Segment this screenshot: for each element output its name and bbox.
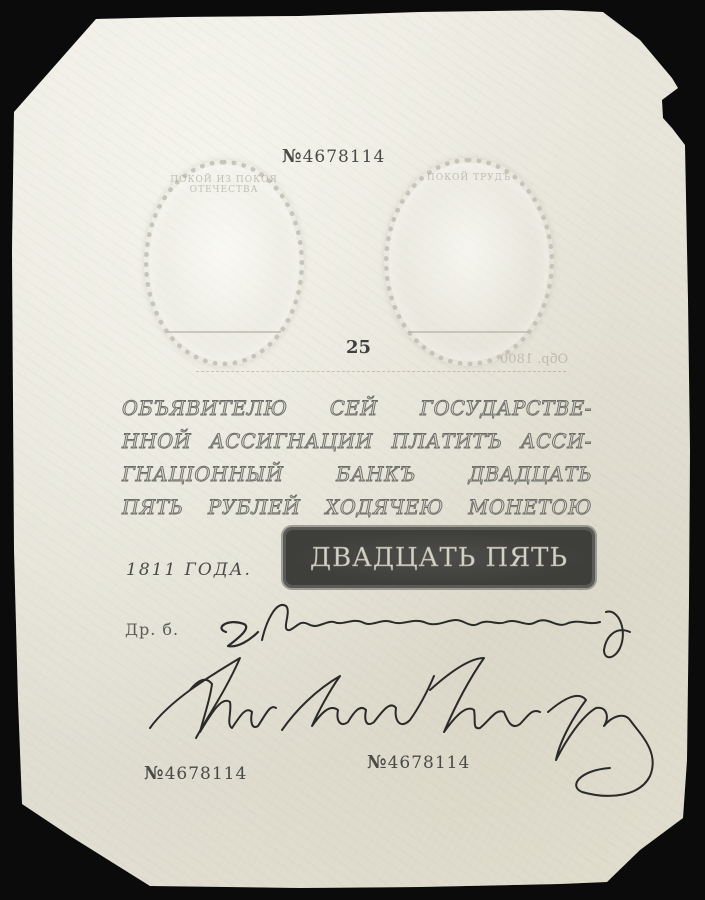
serial-number-bottom-left: №4678114 (144, 763, 247, 784)
numero-sign: № (367, 752, 388, 773)
handwritten-signatures (0, 0, 705, 900)
banknote: №4678114 ПОКОЙ ИЗ ПОКОЯ ОТЕЧЕСТВА ПОКОЙ … (0, 0, 705, 900)
numero-sign: № (144, 763, 165, 784)
serial-value: 4678114 (165, 764, 248, 784)
serial-value: 4678114 (388, 753, 471, 773)
serial-number-bottom-right: №4678114 (367, 752, 470, 773)
paper-sheet: №4678114 ПОКОЙ ИЗ ПОКОЯ ОТЕЧЕСТВА ПОКОЙ … (0, 0, 705, 900)
